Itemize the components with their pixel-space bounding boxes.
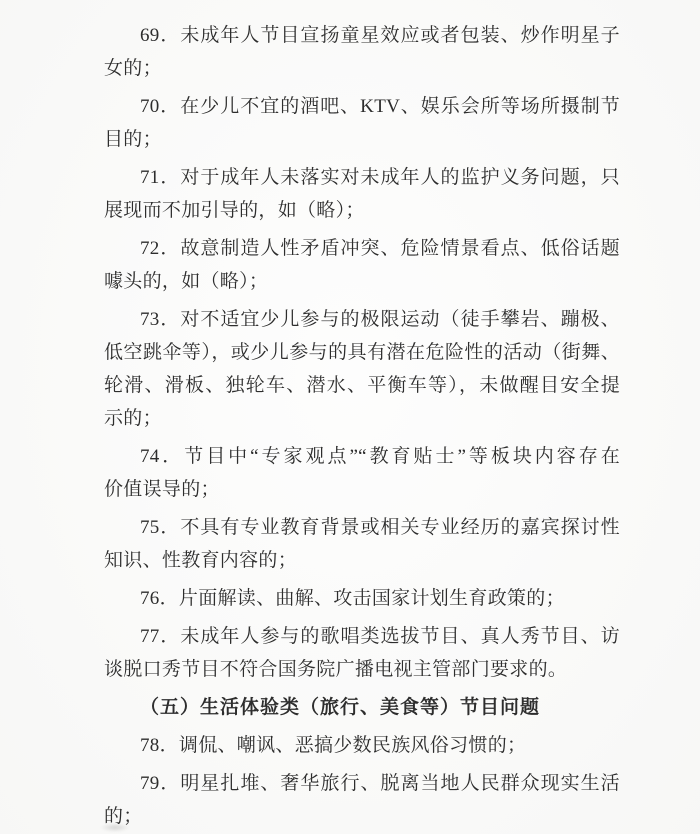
text-line: 展现而不加引导的，如（略）； [104, 194, 620, 227]
list-item-78: 78．调侃、嘲讽、恶搞少数民族风俗习惯的； [104, 729, 620, 762]
text-line: 目的； [104, 123, 620, 156]
section-heading-text: （五）生活体验类（旅行、美食等）节目问题 [104, 691, 620, 724]
text-line: 74．节目中“专家观点”“教育贴士”等板块内容存在 [104, 440, 620, 473]
list-item-75: 75．不具有专业教育背景或相关专业经历的嘉宾探讨性 知识、性教育内容的； [104, 511, 620, 577]
list-item-74: 74．节目中“专家观点”“教育贴士”等板块内容存在 价值误导的； [104, 440, 620, 506]
text-line: 价值误导的； [104, 473, 620, 506]
section-heading: （五）生活体验类（旅行、美食等）节目问题 [104, 691, 620, 724]
text-line: 知识、性教育内容的； [104, 544, 620, 577]
cutoff-next-line-artifact [100, 823, 130, 832]
list-item-73: 73．对不适宜少儿参与的极限运动（徒手攀岩、蹦极、 低空跳伞等），或少儿参与的具… [104, 303, 620, 435]
text-line: 噱头的，如（略）； [104, 265, 620, 298]
text-line: 轮滑、滑板、独轮车、潜水、平衡车等），未做醒目安全提 [104, 369, 620, 402]
document-page: 69．未成年人节目宣扬童星效应或者包装、炒作明星子 女的； 70．在少儿不宜的酒… [0, 0, 700, 834]
document-text-body: 69．未成年人节目宣扬童星效应或者包装、炒作明星子 女的； 70．在少儿不宜的酒… [104, 19, 620, 834]
text-line: 低空跳伞等），或少儿参与的具有潜在危险性的活动（街舞、 [104, 336, 620, 369]
text-line: 75．不具有专业教育背景或相关专业经历的嘉宾探讨性 [104, 511, 620, 544]
text-line: 73．对不适宜少儿参与的极限运动（徒手攀岩、蹦极、 [104, 303, 620, 336]
list-item-70: 70．在少儿不宜的酒吧、KTV、娱乐会所等场所摄制节 目的； [104, 90, 620, 156]
text-line: 76．片面解读、曲解、攻击国家计划生育政策的； [104, 582, 620, 615]
text-line: 69．未成年人节目宣扬童星效应或者包装、炒作明星子 [104, 19, 620, 52]
text-line: 71．对于成年人未落实对未成年人的监护义务问题，只 [104, 161, 620, 194]
text-line: 77．未成年人参与的歌唱类选拔节目、真人秀节目、访 [104, 620, 620, 653]
list-item-76: 76．片面解读、曲解、攻击国家计划生育政策的； [104, 582, 620, 615]
list-item-71: 71．对于成年人未落实对未成年人的监护义务问题，只 展现而不加引导的，如（略）； [104, 161, 620, 227]
list-item-69: 69．未成年人节目宣扬童星效应或者包装、炒作明星子 女的； [104, 19, 620, 85]
text-line: 示的； [104, 402, 620, 435]
list-item-77: 77．未成年人参与的歌唱类选拔节目、真人秀节目、访 谈脱口秀节目不符合国务院广播… [104, 620, 620, 686]
text-line: 的； [104, 800, 620, 833]
text-line: 70．在少儿不宜的酒吧、KTV、娱乐会所等场所摄制节 [104, 90, 620, 123]
text-line: 79．明星扎堆、奢华旅行、脱离当地人民群众现实生活 [104, 767, 620, 800]
text-line: 谈脱口秀节目不符合国务院广播电视主管部门要求的。 [104, 653, 620, 686]
text-line: 72．故意制造人性矛盾冲突、危险情景看点、低俗话题 [104, 232, 620, 265]
list-item-79: 79．明星扎堆、奢华旅行、脱离当地人民群众现实生活 的； [104, 767, 620, 833]
list-item-72: 72．故意制造人性矛盾冲突、危险情景看点、低俗话题 噱头的，如（略）； [104, 232, 620, 298]
text-line: 女的； [104, 52, 620, 85]
text-line: 78．调侃、嘲讽、恶搞少数民族风俗习惯的； [104, 729, 620, 762]
